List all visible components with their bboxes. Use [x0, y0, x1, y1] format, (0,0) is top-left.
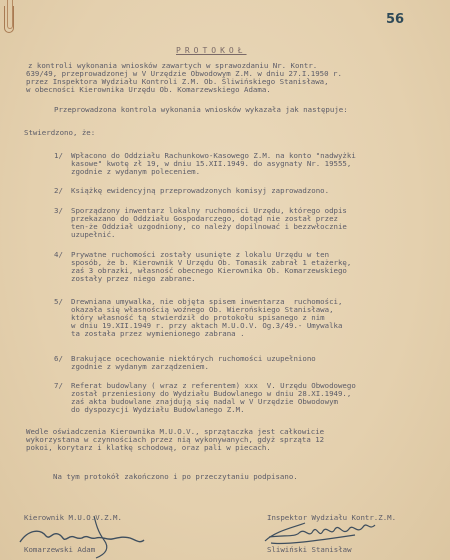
item-number: 1/: [54, 152, 63, 161]
document-title: PROTOKOŁ: [176, 46, 247, 55]
stated-line: Stwierdzono, że:: [24, 129, 95, 138]
item-line: zostały przez niego zabrane.: [71, 275, 196, 284]
final-line: Na tym protokół zakończono i po przeczyt…: [53, 473, 298, 482]
item-line: zgodnie z wydanym zarządzeniem.: [71, 363, 209, 372]
item-line: do dyspozycji Wydziału Budowlanego Z.M.: [71, 406, 245, 415]
item-number: 4/: [54, 251, 63, 260]
page-number: 56: [386, 12, 404, 27]
item-number: 7/: [54, 382, 63, 391]
lead-line: Przeprowadzona kontrola wykonania wniosk…: [54, 106, 348, 115]
left-signature-scribble-icon: [18, 510, 158, 560]
item-number: 2/: [54, 187, 63, 196]
item-line: ta została przez wymienionego zabrana .: [71, 330, 245, 339]
item-number: 3/: [54, 207, 63, 216]
right-signature-scribble-icon: [255, 515, 405, 555]
intro-line: w obecności Kierownika Urzędu Ob. Komarz…: [26, 86, 271, 95]
item-line: Książkę ewidencyjną przeprowadzonych kom…: [71, 187, 329, 196]
item-number: 5/: [54, 298, 63, 307]
item-line: uzupełnić.: [71, 231, 116, 240]
document-page: 56 PROTOKOŁ z kontroli wykonania wnioskó…: [0, 0, 450, 560]
item-line: zgodnie z wydanym poleceniem.: [71, 168, 200, 177]
item-number: 6/: [54, 355, 63, 364]
paperclip-inner-icon: [7, 0, 13, 29]
closing-line: pokoi, korytarz i klatkę schodową, oraz …: [26, 444, 271, 453]
